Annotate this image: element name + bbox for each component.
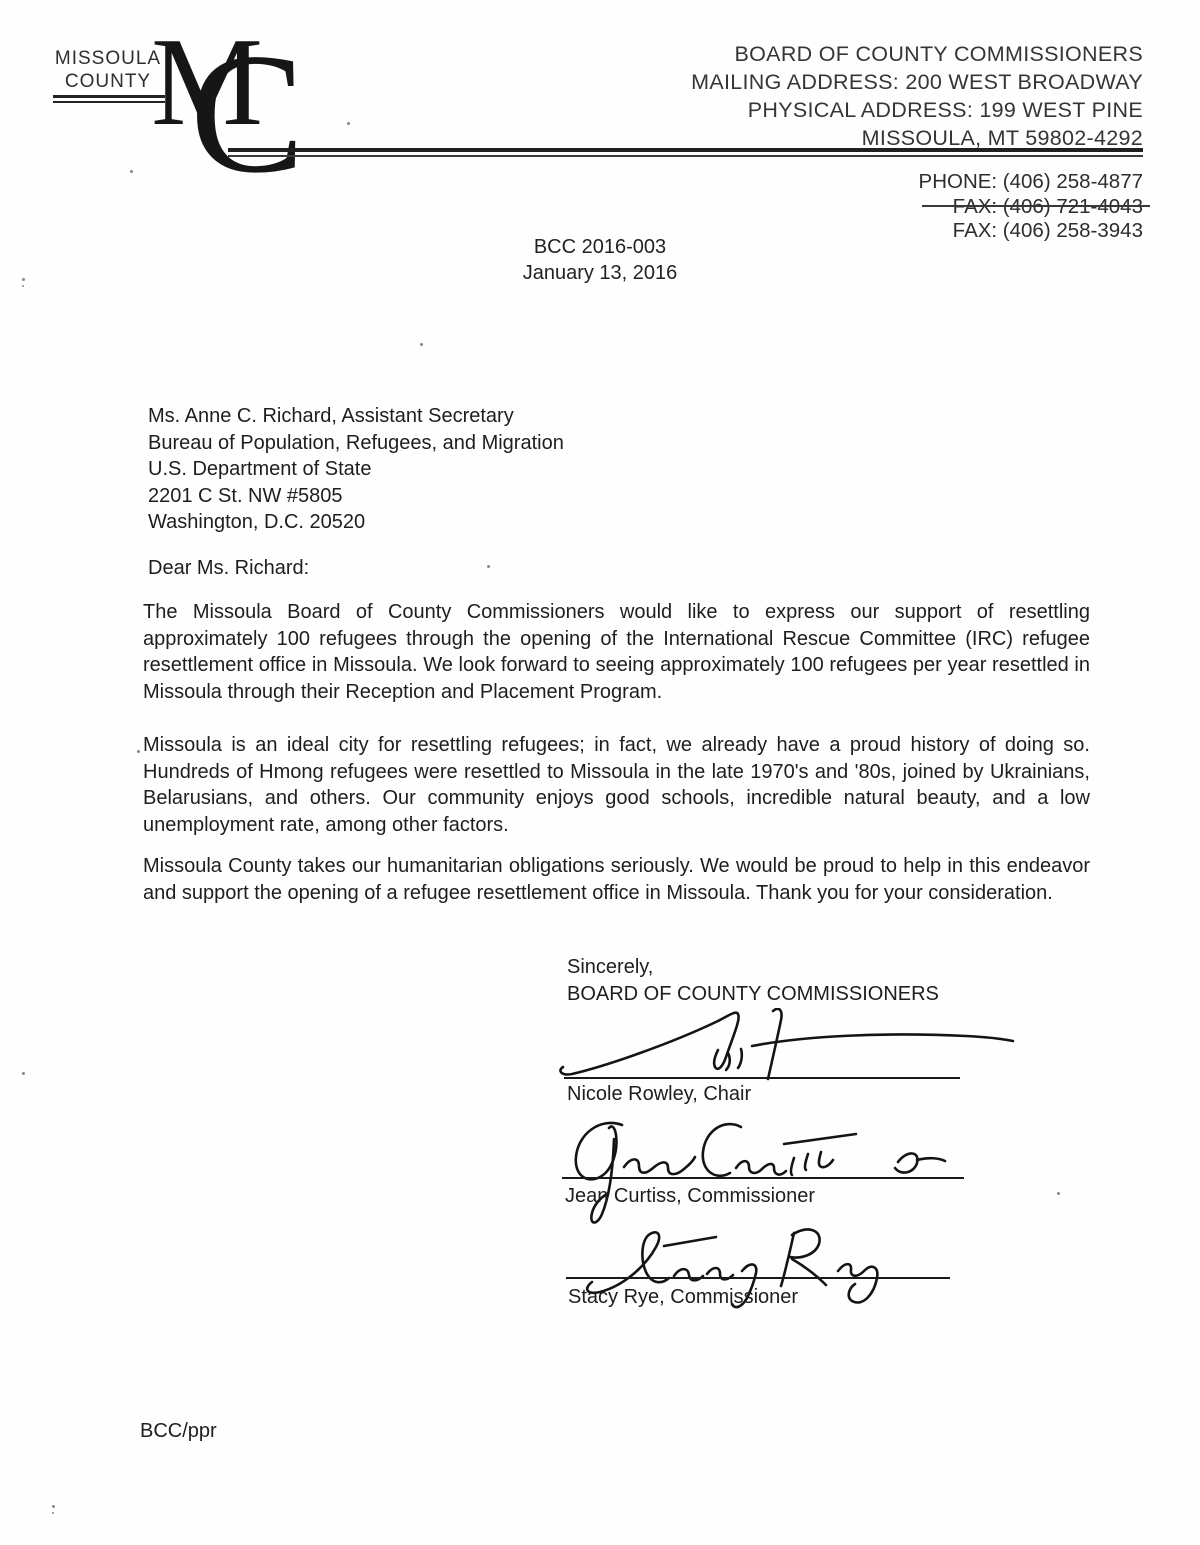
scan-speck <box>487 565 490 568</box>
monogram-letter-c: C <box>190 28 305 200</box>
scan-speck <box>22 1072 25 1075</box>
closing-board-name: BOARD OF COUNTY COMMISSIONERS <box>567 981 939 1008</box>
salutation: Dear Ms. Richard: <box>148 557 309 580</box>
mailing-address: MAILING ADDRESS: 200 WEST BROADWAY <box>691 68 1143 96</box>
scan-speck <box>22 285 24 287</box>
recipient-line: Bureau of Population, Refugees, and Migr… <box>148 430 564 457</box>
signer-name-commissioner-2: Stacy Rye, Commissioner <box>568 1286 798 1309</box>
recipient-line: Washington, D.C. 20520 <box>148 509 564 536</box>
signature-line <box>564 1077 960 1079</box>
logo-line-missoula: MISSOULA <box>50 47 166 70</box>
scan-speck <box>130 170 133 173</box>
scan-speck <box>1057 1192 1060 1195</box>
logo-line-county: COUNTY <box>50 70 166 93</box>
scan-speck <box>22 278 25 281</box>
county-logo-text: MISSOULA COUNTY <box>50 47 166 93</box>
recipient-line: U.S. Department of State <box>148 456 564 483</box>
recipient-line: Ms. Anne C. Richard, Assistant Secretary <box>148 403 564 430</box>
letterhead-office-block: BOARD OF COUNTY COMMISSIONERS MAILING AD… <box>691 40 1143 152</box>
office-name: BOARD OF COUNTY COMMISSIONERS <box>691 40 1143 68</box>
reference-block: BCC 2016-003 January 13, 2016 <box>0 234 1200 286</box>
reference-number: BCC 2016-003 <box>0 234 1200 260</box>
scan-speck <box>52 1512 54 1514</box>
closing-block: Sincerely, BOARD OF COUNTY COMMISSIONERS <box>567 954 939 1008</box>
signer-name-commissioner-1: Jean Curtiss, Commissioner <box>565 1185 815 1208</box>
body-paragraph-1: The Missoula Board of County Commissione… <box>143 599 1090 705</box>
recipient-line: 2201 C St. NW #5805 <box>148 483 564 510</box>
closing-sincerely: Sincerely, <box>567 954 939 981</box>
scan-speck <box>347 122 350 125</box>
typist-reference: BCC/ppr <box>140 1420 217 1443</box>
scan-speck <box>420 343 423 346</box>
signature-line <box>562 1177 964 1179</box>
logo-underline-rule <box>53 95 165 103</box>
signature-line <box>566 1277 950 1279</box>
physical-address: PHYSICAL ADDRESS: 199 WEST PINE <box>691 96 1143 124</box>
body-paragraph-3: Missoula County takes our humanitarian o… <box>143 853 1090 906</box>
phone-number: PHONE: (406) 258-4877 <box>919 170 1143 195</box>
signer-name-chair: Nicole Rowley, Chair <box>567 1083 751 1106</box>
letter-date: January 13, 2016 <box>0 260 1200 286</box>
body-paragraph-2: Missoula is an ideal city for resettling… <box>143 732 1090 838</box>
fax-strikethrough-line <box>922 205 1150 207</box>
nicole-rowley-signature <box>556 1008 1026 1086</box>
scan-speck <box>137 750 140 753</box>
recipient-address-block: Ms. Anne C. Richard, Assistant Secretary… <box>148 403 564 536</box>
jean-curtiss-signature <box>556 1112 976 1227</box>
scan-speck <box>52 1505 55 1508</box>
city-state-zip: MISSOULA, MT 59802-4292 <box>691 124 1143 152</box>
scanned-letter-page: MISSOULA COUNTY M C BOARD OF COUNTY COMM… <box>0 0 1200 1545</box>
